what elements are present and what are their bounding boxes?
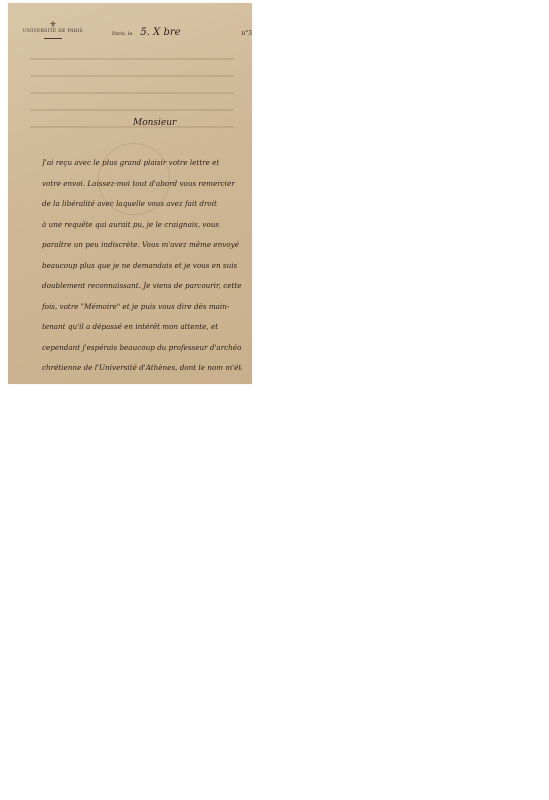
body-line: de la libéralité avec laquelle vous avez… xyxy=(42,194,242,215)
body-line: paraître un peu indiscrète. Vous m'avez … xyxy=(42,235,242,256)
letter-body: J'ai reçu avec le plus grand plaisir vot… xyxy=(42,153,242,384)
dateline: Paris, le 5. X bre n°3 xyxy=(112,27,252,38)
place-label: Paris, le xyxy=(112,31,132,37)
body-line: à une requête qui aurait pu, je le craig… xyxy=(42,215,242,236)
body-line: doublement reconnaissant. Je viens de pa… xyxy=(42,276,242,297)
salutation: Monsieur xyxy=(133,118,176,128)
body-line: J'ai reçu avec le plus grand plaisir vot… xyxy=(42,153,242,174)
body-line: chrétienne de l'Université d'Athènes, do… xyxy=(42,358,242,379)
body-line: cependant j'espérais beaucoup du profess… xyxy=(42,338,242,359)
body-line: tenant qu'il a dépassé en intérêt mon at… xyxy=(42,317,242,338)
crest-icon: ⚜ xyxy=(18,21,88,29)
body-line: beaucoup plus que je ne demandais et je … xyxy=(42,256,242,277)
letter-page: ⚜ UNIVERSITÉ DE PARIS Paris, le 5. X bre… xyxy=(8,3,252,384)
institution-name: UNIVERSITÉ DE PARIS xyxy=(18,29,88,34)
letterhead: ⚜ UNIVERSITÉ DE PARIS xyxy=(18,21,88,39)
body-line: déjà très avantageusement connu... Ne vo… xyxy=(42,379,242,385)
body-line: votre envoi. Laissez-moi tout d'abord vo… xyxy=(42,174,242,195)
body-line: fois, votre "Mémoire" et je puis vous di… xyxy=(42,297,242,318)
ink-bleed-through xyxy=(8,43,252,143)
handwritten-date: 5. X bre xyxy=(140,27,180,38)
letterhead-rule xyxy=(44,38,62,39)
letter-number: n°3 xyxy=(241,30,252,37)
